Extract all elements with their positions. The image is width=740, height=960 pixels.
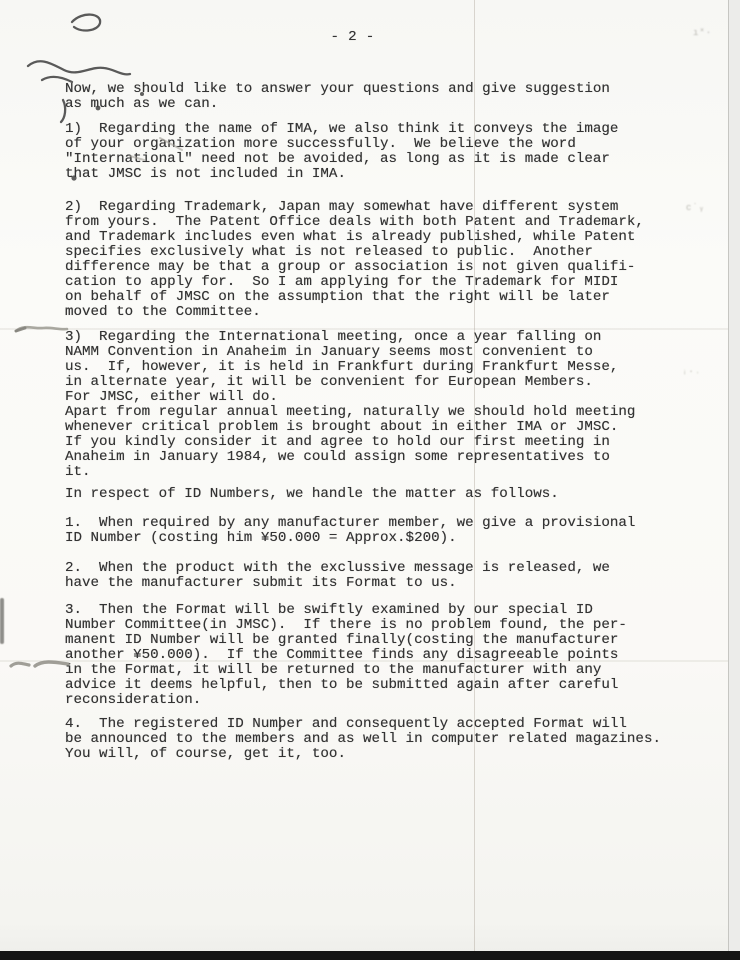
paragraph-step-1: 1. When required by any manufacturer mem…: [65, 516, 690, 546]
paragraph-item-3: 3) Regarding the International meeting, …: [65, 330, 690, 480]
fold-crease-upper: [0, 328, 728, 330]
pencil-mark-format-line: [8, 653, 72, 673]
pencil-mark-item3: [14, 320, 70, 338]
paragraph-step-4: 4. The registered ID Number and conseque…: [65, 717, 690, 762]
paragraph-step-3: 3. Then the Format will be swiftly exami…: [65, 603, 690, 708]
paragraph-item-2: 2) Regarding Trademark, Japan may somewh…: [65, 200, 690, 320]
ink-scribble-mark: [10, 6, 220, 191]
letter-page: - 2 - Now, we should like to answer your…: [0, 0, 728, 951]
fold-line-vertical: [474, 0, 475, 951]
scanned-letter-screenshot: { "document": { "kind": "typewritten let…: [0, 0, 740, 960]
left-edge-blotch: [0, 598, 4, 644]
paragraph-id-numbers: In respect of ID Numbers, we handle the …: [65, 487, 690, 502]
scan-margin-right: [728, 0, 740, 951]
bleed-through-mark: ᴄ˙ᵧ: [686, 203, 705, 213]
fold-crease-lower: [0, 660, 728, 662]
scan-edge-bar: [0, 951, 740, 960]
bleed-through-mark: ı˟·: [693, 28, 712, 38]
paragraph-step-2: 2. When the product with the exclussive …: [65, 561, 690, 591]
bleed-through-mark: ᵢ·˒: [682, 367, 701, 377]
